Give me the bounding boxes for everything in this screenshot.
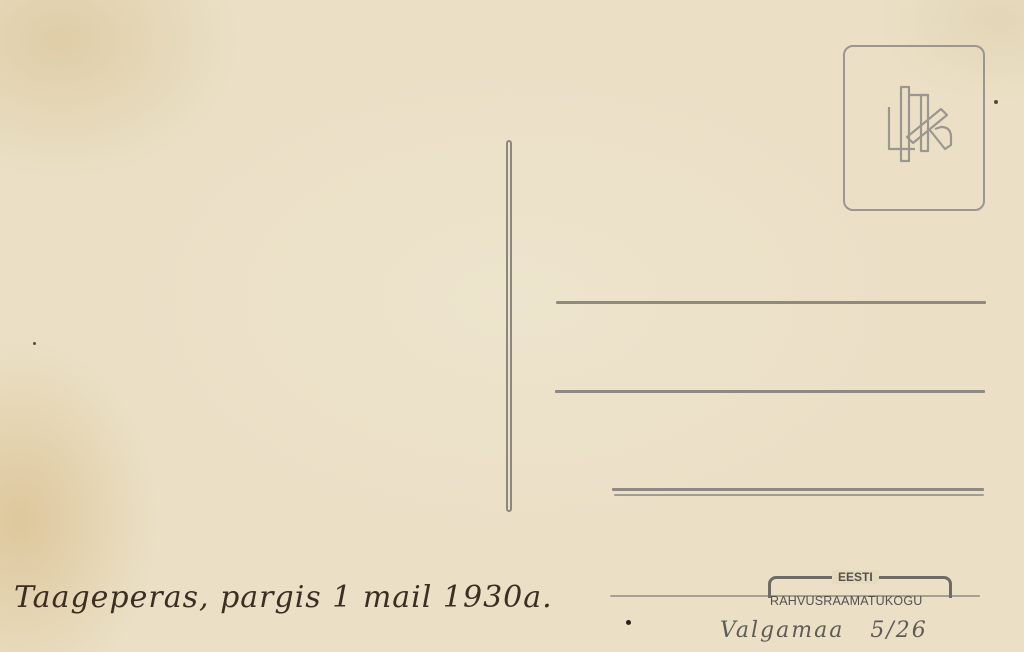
address-line-3-underline bbox=[614, 494, 984, 496]
center-divider-line bbox=[506, 140, 512, 512]
handwritten-caption: Taageperas, pargis 1 mail 1930a. bbox=[14, 580, 553, 615]
pencil-catalog-note: Valgamaa5/26 bbox=[720, 618, 928, 643]
pencil-note-region: Valgamaa bbox=[720, 618, 844, 643]
paper-speck bbox=[33, 342, 36, 345]
paper-speck bbox=[626, 620, 631, 625]
address-line-1 bbox=[556, 301, 986, 304]
postcard-back: Taageperas, pargis 1 mail 1930a. EESTI R… bbox=[0, 0, 1024, 652]
lk-monogram-icon bbox=[885, 85, 955, 167]
stamp-placeholder-box bbox=[843, 45, 985, 211]
national-library-stamp: EESTI RAHVUSRAAMATUKOGU bbox=[764, 570, 956, 610]
paper-speck bbox=[994, 100, 998, 104]
pencil-note-number: 5/26 bbox=[870, 618, 927, 643]
address-line-3 bbox=[612, 488, 984, 491]
address-line-2 bbox=[555, 390, 985, 393]
stamp-bottom-text: RAHVUSRAAMATUKOGU bbox=[770, 594, 923, 608]
stamp-top-text: EESTI bbox=[832, 570, 879, 584]
